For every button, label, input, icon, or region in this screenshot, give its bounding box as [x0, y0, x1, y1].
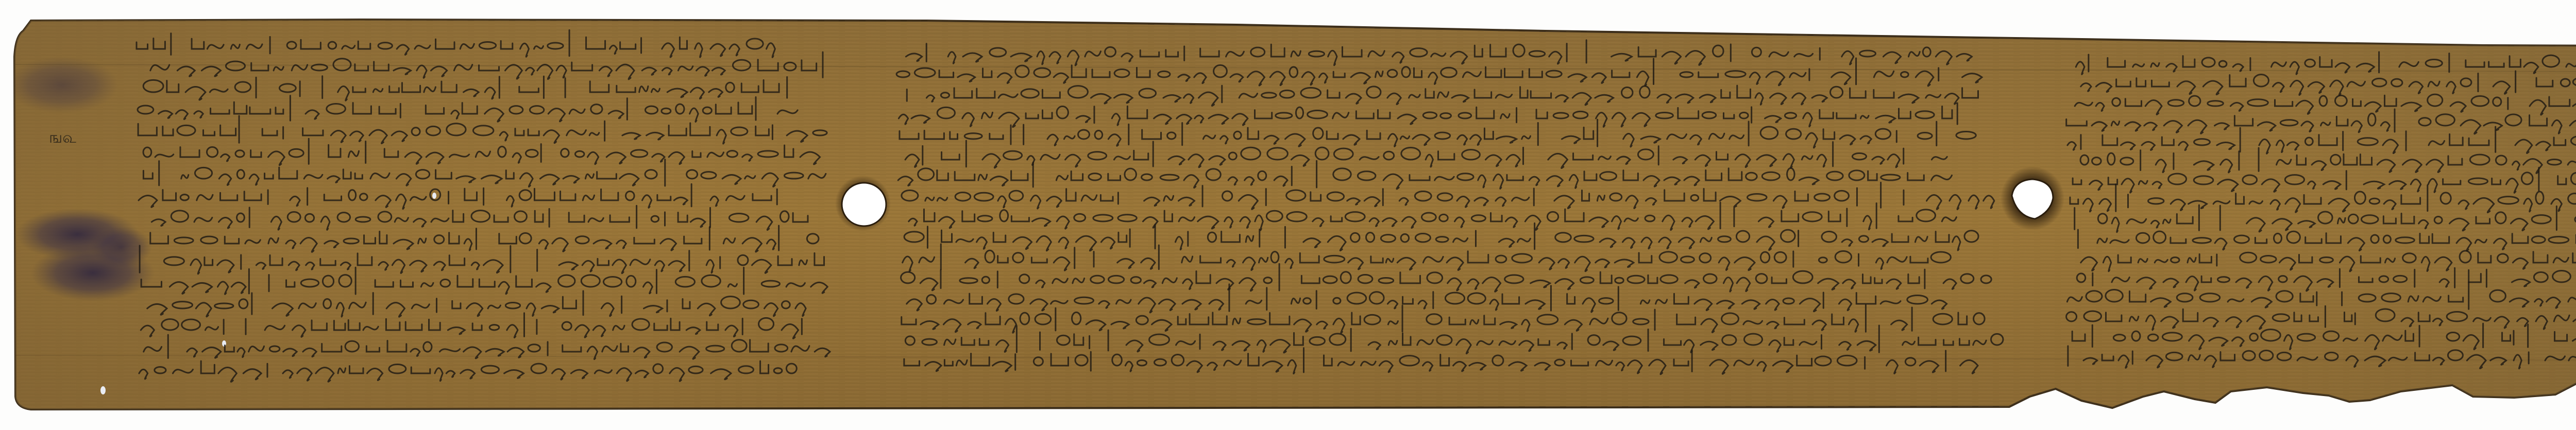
binding-hole-right — [2001, 166, 2064, 230]
palm-leaf — [0, 0, 2576, 430]
manuscript-scan: ங௳ 3 0 3 304 — [0, 0, 2576, 430]
binding-hole-left — [835, 176, 891, 231]
margin-note: ங௳ — [49, 129, 76, 149]
